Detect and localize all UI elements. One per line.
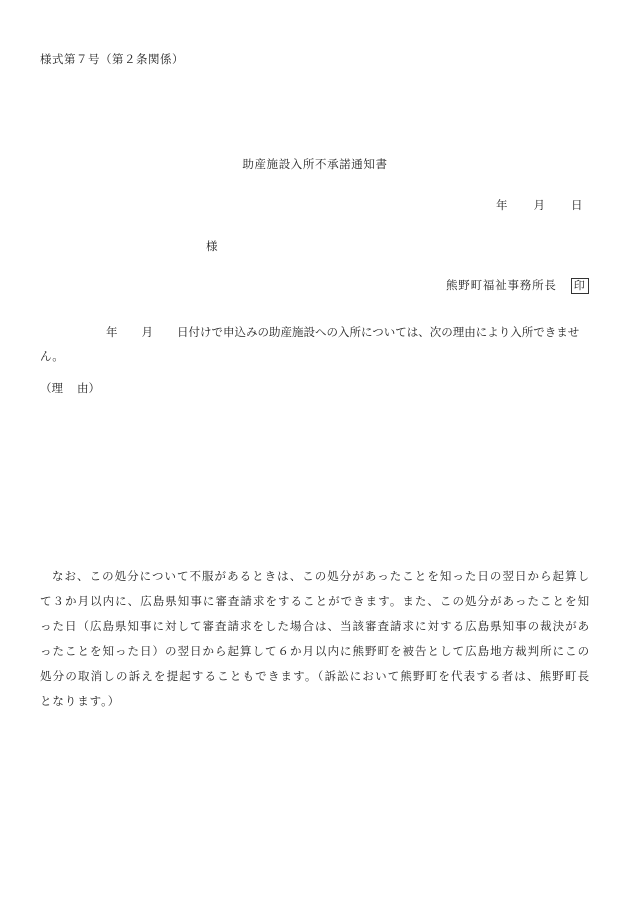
body-paragraph: 年月日付けで申込みの助産施設への入所については、次の理由により入所できません。 (40, 320, 590, 368)
issuer-name: 熊野町福祉事務所長 (446, 278, 557, 292)
reason-content (40, 400, 590, 540)
document-title: 助産施設入所不承諾通知書 (0, 156, 630, 172)
body-year-label: 年 (106, 325, 118, 339)
form-number: 様式第７号（第２条関係） (40, 51, 184, 67)
seal-mark: 印 (571, 278, 589, 294)
body-month-label: 月 (142, 325, 154, 339)
issue-date: 年月日 (496, 197, 583, 213)
date-month-label: 月 (534, 197, 546, 213)
reason-label: （理由） (40, 380, 100, 396)
body-text: 日付けで申込みの助産施設への入所については、次の理由により入所できません。 (40, 325, 579, 363)
appeal-notice: なお、この処分について不服があるときは、この処分があったことを知った日の翌日から… (40, 564, 590, 714)
date-year-label: 年 (496, 197, 508, 213)
addressee-suffix: 様 (206, 238, 218, 254)
reason-label-open: （理 (40, 381, 63, 395)
issuer-line: 熊野町福祉事務所長印 (446, 277, 589, 294)
reason-label-close: 由） (77, 381, 100, 395)
date-day-label: 日 (571, 197, 583, 213)
